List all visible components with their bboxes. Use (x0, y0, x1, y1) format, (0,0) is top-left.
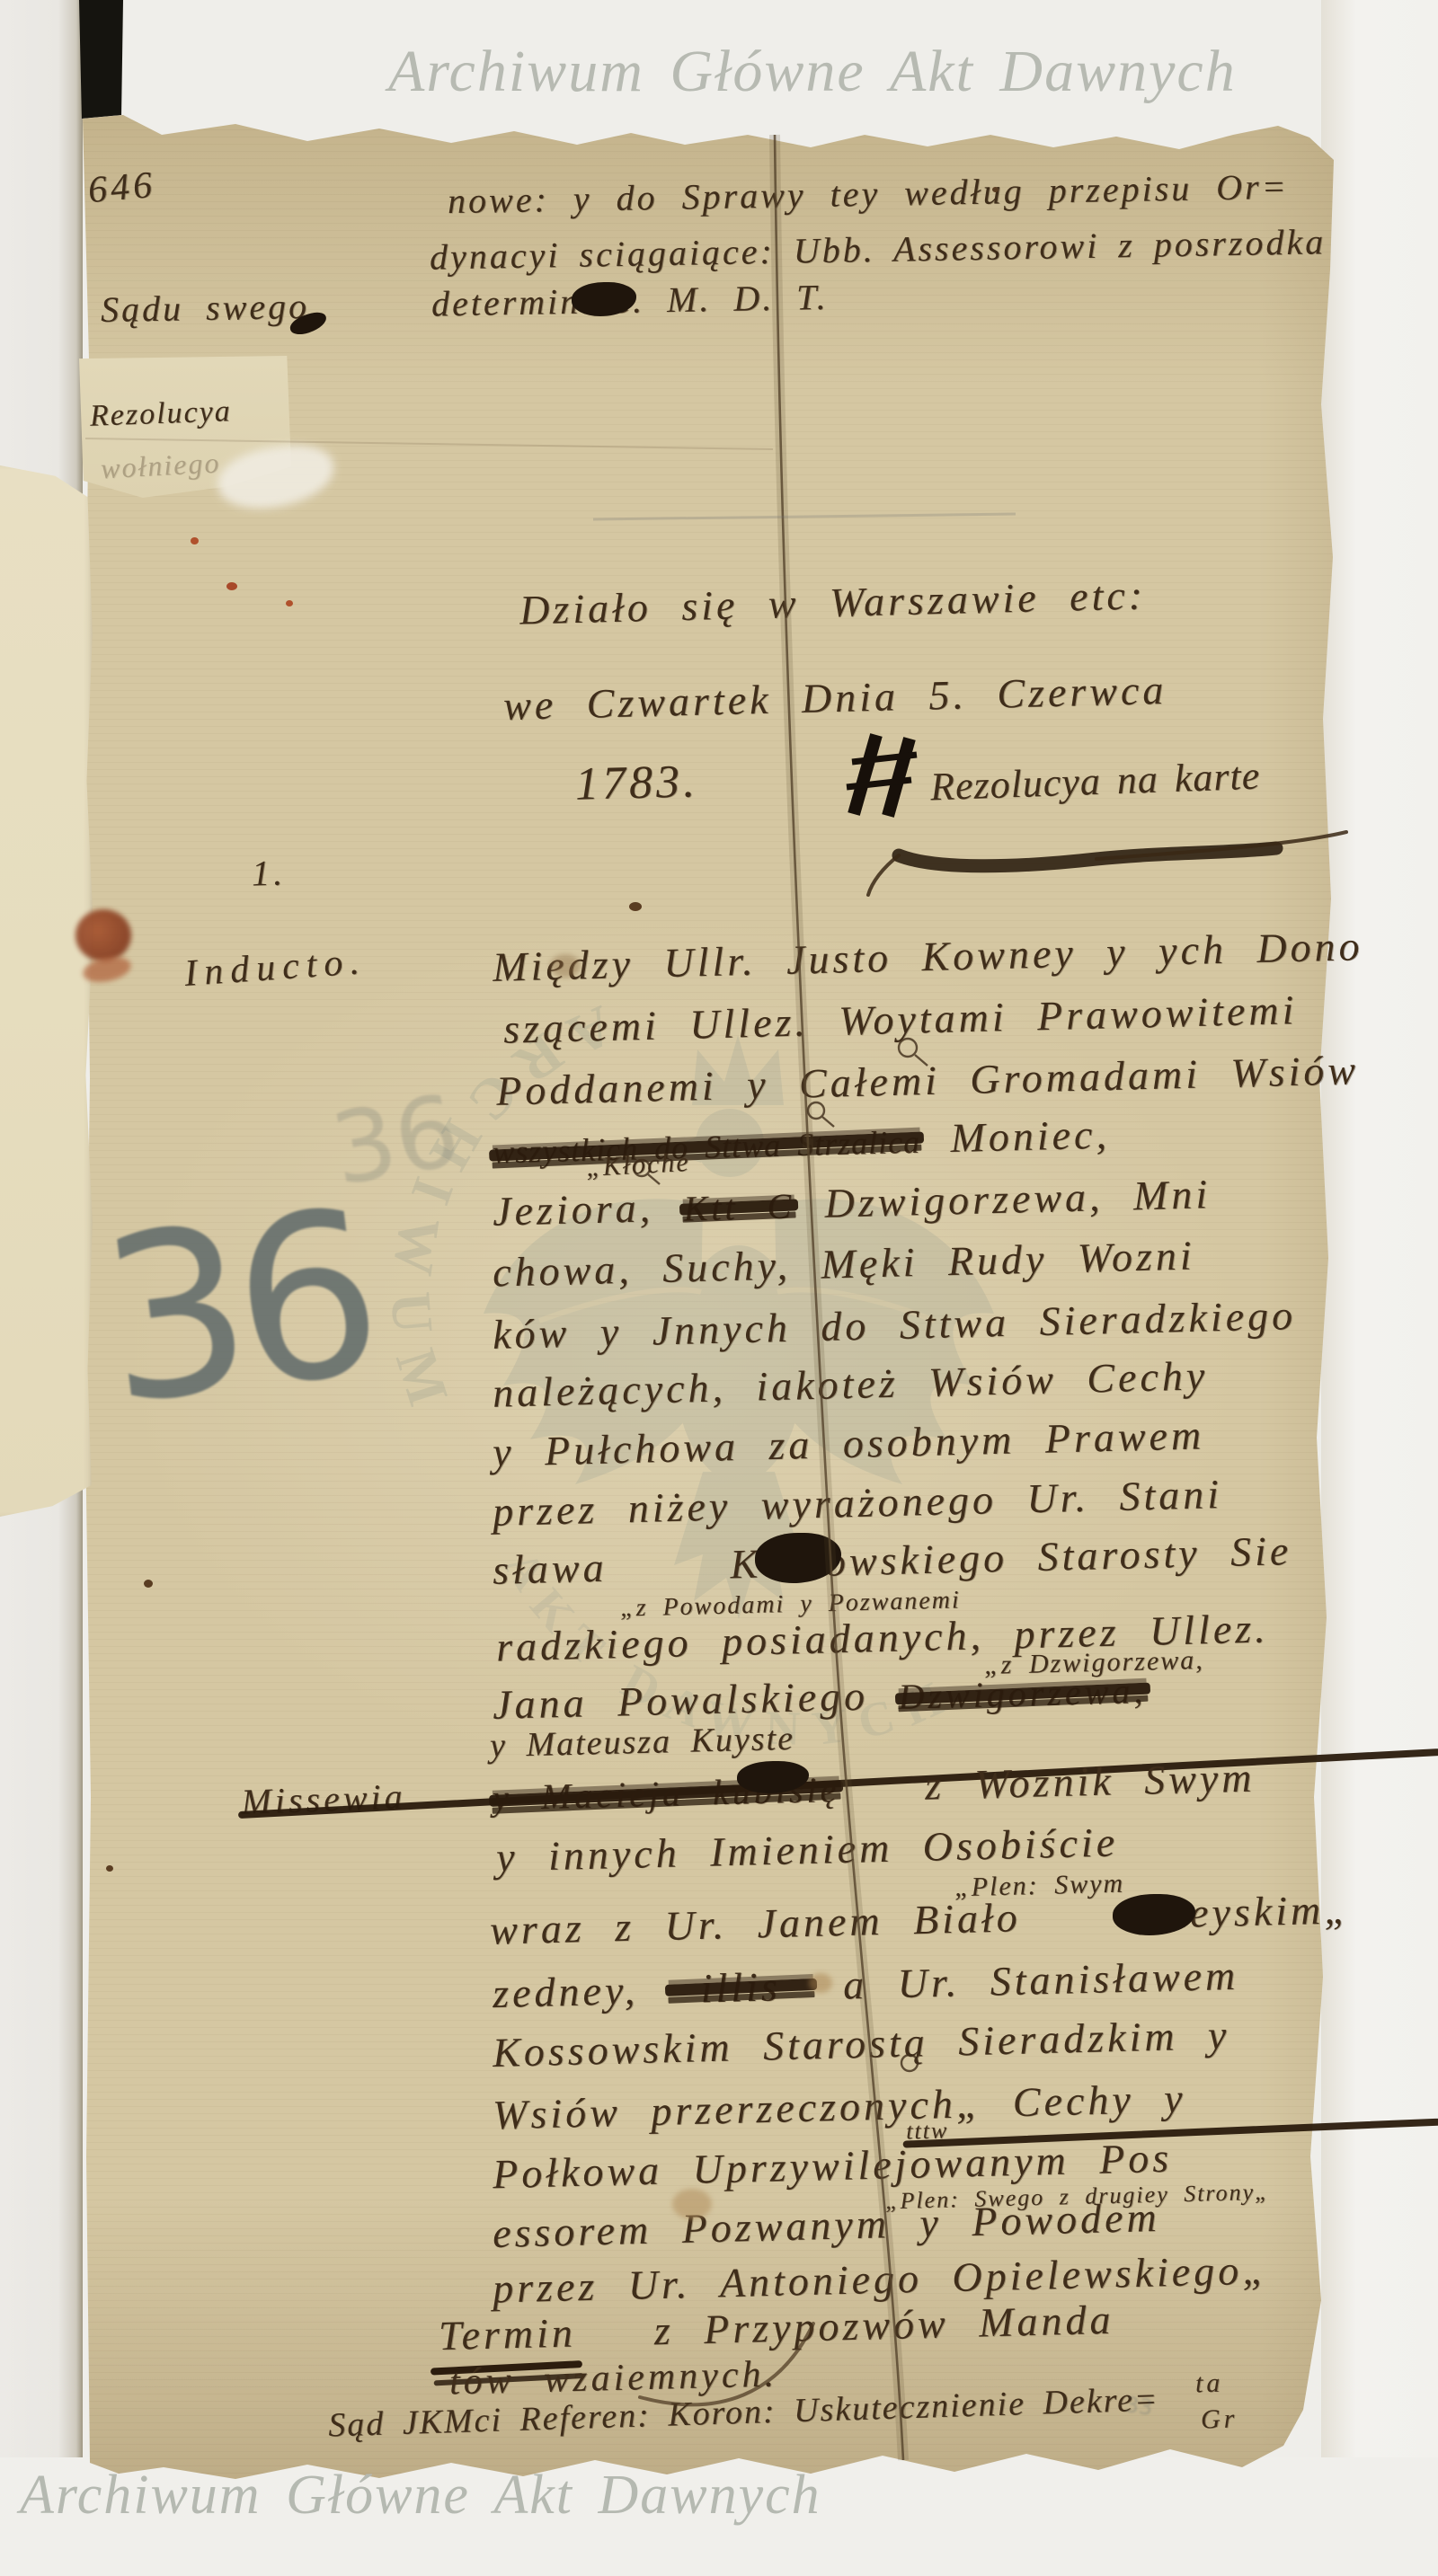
archive-watermark-bottom: Archiwum Główne Akt Dawnych (20, 2464, 821, 2527)
ink-gate-mark-icon (847, 735, 917, 816)
paper-stain (550, 954, 581, 978)
ink-speck (106, 1865, 113, 1872)
fold-crease-line (775, 135, 903, 2460)
paper-stain (672, 2189, 712, 2219)
ink-speck (144, 1580, 153, 1588)
archival-scan-page: Archiwum Główne Akt Dawnych Rezolucya wo… (0, 0, 1438, 2576)
fold-crease-shadow (775, 135, 903, 2460)
ink-flourishes (0, 0, 1438, 2576)
pencil-smudge-line (593, 514, 1016, 519)
horizontal-crease (85, 438, 773, 449)
insertion-sigla-icon (634, 1039, 928, 2071)
ink-speck (629, 902, 642, 911)
ink-speck (992, 187, 999, 192)
descender-flourish (640, 2324, 813, 2404)
paper-stain (809, 1973, 832, 1993)
